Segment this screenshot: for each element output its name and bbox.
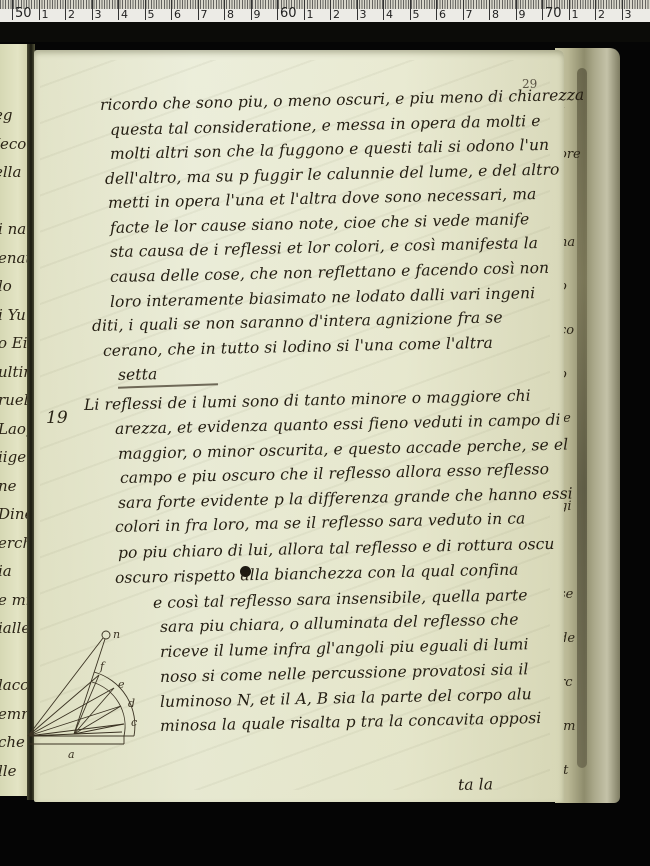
left-page-text-fragment: eg xyxy=(0,106,12,124)
left-page-text-fragment: iige xyxy=(0,448,26,466)
ruler-major-tick xyxy=(65,0,66,20)
ruler-major-tick xyxy=(171,0,172,20)
water-stain xyxy=(577,68,587,768)
ruler-major-tick xyxy=(277,0,278,20)
left-page-text-fragment: lle xyxy=(0,762,16,780)
ruler-label: 7 xyxy=(466,8,473,21)
ruler-major-tick xyxy=(330,0,331,20)
ruler-major-tick xyxy=(224,0,225,20)
left-page-text-fragment: Laog xyxy=(0,420,30,438)
measurement-ruler: 501234567896012345678970123 xyxy=(0,0,650,23)
diagram-label-f: f xyxy=(99,660,106,673)
left-page-text-fragment: ia xyxy=(0,562,12,580)
manuscript-line: ta la xyxy=(458,775,493,794)
ruler-major-tick xyxy=(542,0,543,20)
ruler-major-tick xyxy=(251,0,252,20)
left-page-text-fragment: ercho xyxy=(0,534,30,552)
ruler-label: 3 xyxy=(625,8,632,21)
ruler-major-tick xyxy=(410,0,411,20)
ruler-label: 2 xyxy=(333,8,340,21)
ruler-label: 1 xyxy=(307,8,314,21)
ruler-label: 3 xyxy=(360,8,367,21)
ruler-major-tick xyxy=(92,0,93,20)
ruler-major-tick xyxy=(516,0,517,20)
ruler-major-tick xyxy=(622,0,623,20)
ruler-label: 60 xyxy=(280,6,297,21)
left-page-text-fragment: ruello xyxy=(0,391,30,409)
ruler-label: 1 xyxy=(42,8,49,21)
ruler-major-tick xyxy=(39,0,40,20)
ruler-major-tick xyxy=(118,0,119,20)
ruler-label: 8 xyxy=(227,8,234,21)
left-page-text-fragment: enatu xyxy=(0,249,30,267)
left-page-text-fragment: o Ei xyxy=(0,334,28,352)
ruler-major-tick xyxy=(463,0,464,20)
margin-paragraph-number: 19 xyxy=(46,408,68,428)
left-page-text-fragment: Dine xyxy=(0,505,30,523)
left-page-text-fragment: ne xyxy=(0,477,17,495)
diagram-label-d: d xyxy=(128,697,135,710)
ruler-label: 1 xyxy=(572,8,579,21)
background-gap xyxy=(0,22,650,42)
ruler-major-tick xyxy=(595,0,596,20)
left-page-text-fragment: e mi xyxy=(0,591,30,609)
ruler-label: 2 xyxy=(598,8,605,21)
ruler-label: 8 xyxy=(492,8,499,21)
diagram-label-c: c xyxy=(131,716,137,729)
ruler-label: 6 xyxy=(439,8,446,21)
ruler-major-tick xyxy=(198,0,199,20)
left-page-text-fragment: che xyxy=(0,733,25,751)
left-page-text-fragment: ultim xyxy=(0,363,30,381)
left-page-text-fragment: ella xyxy=(0,163,21,181)
left-page-text-fragment: i Yu xyxy=(0,306,26,324)
ruler-major-tick xyxy=(304,0,305,20)
ruler-major-tick xyxy=(145,0,146,20)
ruler-label: 6 xyxy=(174,8,181,21)
ruler-label: 2 xyxy=(68,8,75,21)
ruler-label: 9 xyxy=(254,8,261,21)
diagram-label-a: a xyxy=(68,748,75,760)
left-page-text-fragment: sen xyxy=(0,790,24,796)
ruler-label: 5 xyxy=(148,8,155,21)
ruler-label: 3 xyxy=(95,8,102,21)
manuscript-line: setta xyxy=(118,365,158,384)
ruler-label: 70 xyxy=(545,6,562,21)
ruler-label: 7 xyxy=(201,8,208,21)
left-page-text-fragment: lo xyxy=(0,277,12,295)
ruler-major-tick xyxy=(436,0,437,20)
diagram-label-e: e xyxy=(118,678,125,691)
ruler-label: 5 xyxy=(413,8,420,21)
diagram-label-n: n xyxy=(113,628,120,641)
left-page-text-fragment: Jecor xyxy=(0,135,30,153)
ruler-major-tick xyxy=(489,0,490,20)
ruler-label: 4 xyxy=(386,8,393,21)
left-page-text-fragment: i na xyxy=(0,220,26,238)
ruler-label: 50 xyxy=(15,6,32,21)
ruler-major-tick xyxy=(569,0,570,20)
ruler-major-tick xyxy=(12,0,13,20)
page-edge: torenaocooleigisedercimit xyxy=(555,48,620,803)
ruler-label: 9 xyxy=(519,8,526,21)
ruler-major-tick xyxy=(357,0,358,20)
ruler-label: 4 xyxy=(121,8,128,21)
ruler-major-tick xyxy=(383,0,384,20)
reflection-diagram: n f e d c a xyxy=(24,620,144,760)
